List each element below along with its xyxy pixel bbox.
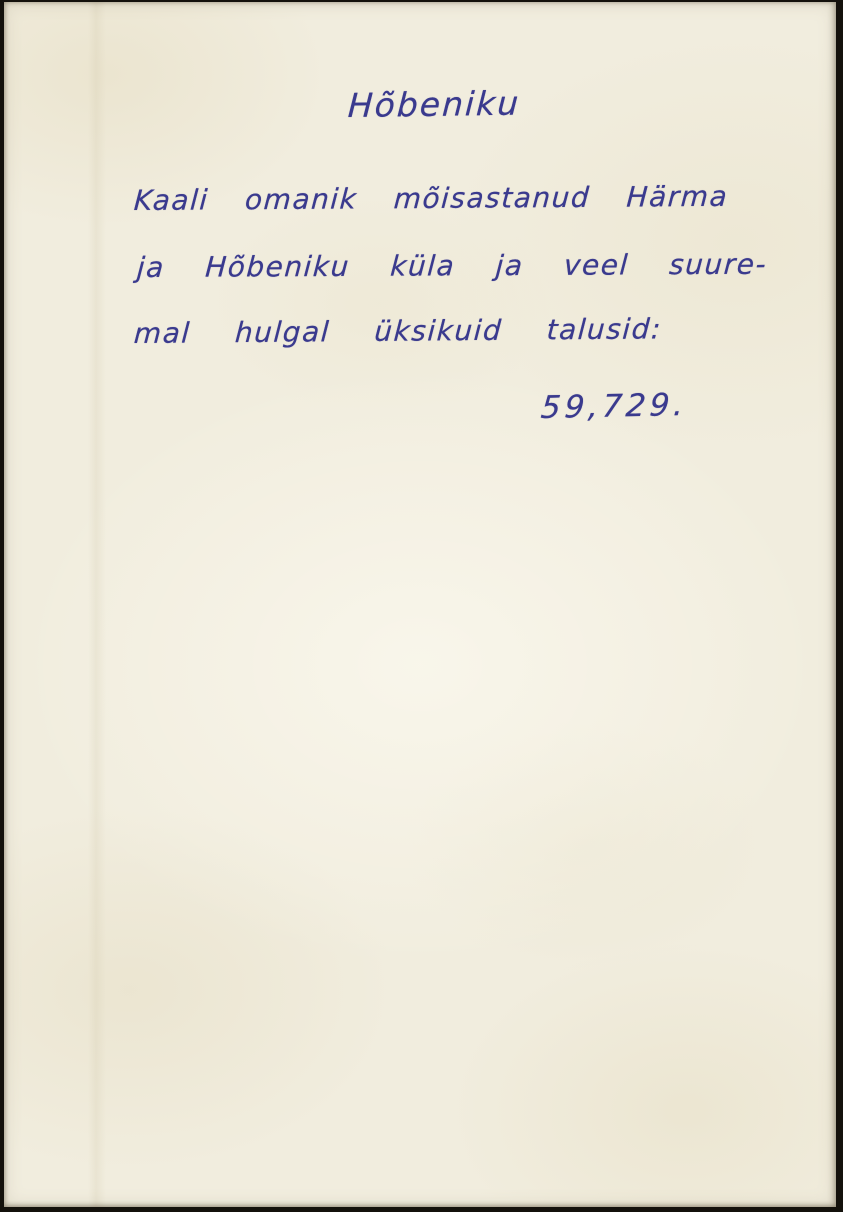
- note-line-3: mal hulgal üksikuid talusid:: [133, 312, 663, 350]
- note-number: 59,729.: [539, 387, 688, 426]
- note-line-2: ja Hõbeniku küla ja veel suure-: [136, 248, 768, 284]
- paper-page: Hõbeniku Kaali omanik mõisastanud Härma …: [4, 2, 836, 1207]
- note-title: Hõbeniku: [347, 84, 522, 125]
- note-line-1: Kaali omanik mõisastanud Härma: [133, 180, 729, 217]
